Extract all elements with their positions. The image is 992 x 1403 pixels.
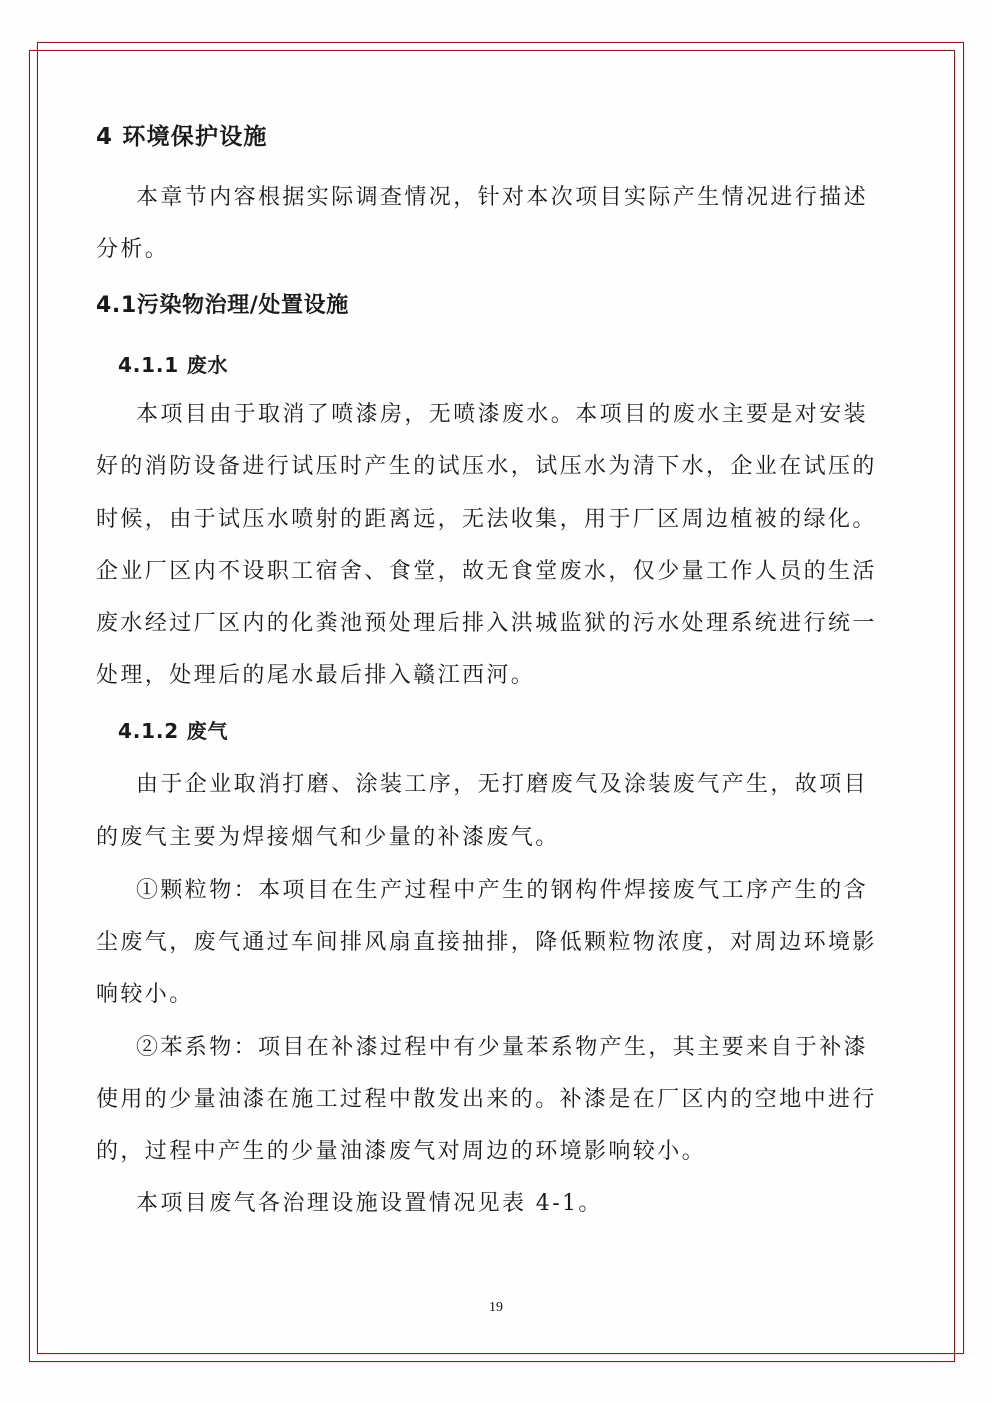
- page-number: 19: [0, 1300, 992, 1316]
- paragraph-line: 本项目由于取消了喷漆房，无喷漆废水。本项目的废水主要是对安装: [136, 400, 868, 430]
- paragraph-line: 的，过程中产生的少量油漆废气对周边的环境影响较小。: [96, 1137, 706, 1167]
- paragraph-line: 响较小。: [96, 980, 194, 1010]
- paragraph-line: 由于企业取消打磨、涂装工序，无打磨废气及涂装废气产生，故项目: [136, 770, 868, 800]
- table-reference-paragraph: 本项目废气各治理设施设置情况见表 4-1。: [136, 1189, 603, 1219]
- paragraph-line: 的废气主要为焊接烟气和少量的补漆废气。: [96, 823, 560, 853]
- paragraph-line: 时候，由于试压水喷射的距离远，无法收集，用于厂区周边植被的绿化。: [96, 505, 877, 535]
- paragraph-line: 使用的少量油漆在施工过程中散发出来的。补漆是在厂区内的空地中进行: [96, 1085, 877, 1115]
- paragraph-line: ①颗粒物：本项目在生产过程中产生的钢构件焊接废气工序产生的含: [136, 876, 868, 906]
- section-heading: 4.1污染物治理/处置设施: [96, 291, 349, 321]
- paragraph-line: 废水经过厂区内的化粪池预处理后排入洪城监狱的污水处理系统进行统一: [96, 609, 877, 639]
- subsection-heading-wastewater: 4.1.1 废水: [118, 350, 228, 380]
- paragraph-line: 处理，处理后的尾水最后排入赣江西河。: [96, 661, 535, 691]
- subsection-heading-exhaust: 4.1.2 废气: [118, 716, 228, 746]
- paragraph-line: 尘废气，废气通过车间排风扇直接抽排，降低颗粒物浓度，对周边环境影: [96, 928, 877, 958]
- paragraph-line: 本章节内容根据实际调查情况，针对本次项目实际产生情况进行描述: [136, 183, 868, 213]
- chapter-heading: 4 环境保护设施: [96, 122, 268, 152]
- paragraph-line: 好的消防设备进行试压时产生的试压水，试压水为清下水，企业在试压的: [96, 452, 877, 482]
- paragraph-line: 分析。: [96, 235, 169, 265]
- paragraph-line: 企业厂区内不设职工宿舍、食堂，故无食堂废水，仅少量工作人员的生活: [96, 557, 877, 587]
- paragraph-line: ②苯系物：项目在补漆过程中有少量苯系物产生，其主要来自于补漆: [136, 1033, 868, 1063]
